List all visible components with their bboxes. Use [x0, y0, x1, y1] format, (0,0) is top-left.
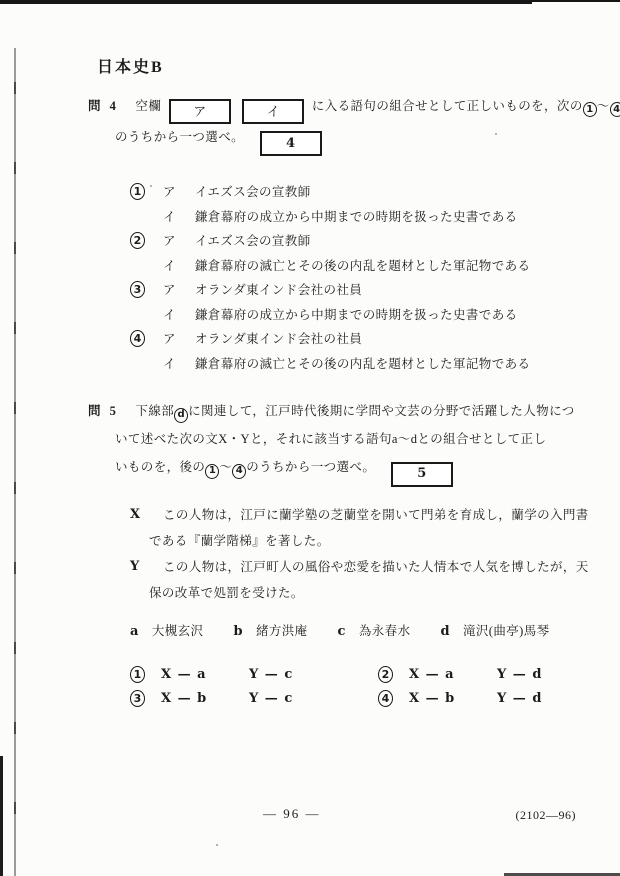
option-b-name: 緒方洪庵	[256, 624, 308, 638]
choice-4: 4 アオランダ東インド会社の社員 イ鎌倉幕府の滅亡とその後の内乱を題材とした軍記…	[130, 327, 592, 376]
choice-3-i-label: イ	[163, 303, 195, 328]
circled-letter-d-icon: d	[174, 408, 188, 423]
scan-artifact-top-gap	[532, 2, 620, 4]
statement-y-letter: Y	[130, 554, 163, 580]
statement-x-letter: X	[130, 502, 163, 528]
combo-3: 3 X — b Y — c	[130, 690, 378, 707]
option-d-name: 滝沢(曲亭)馬琴	[463, 624, 550, 638]
question-5-line-1-pre: 下線部	[135, 404, 174, 418]
choice-4-i-text: 鎌倉幕府の滅亡とその後の内乱を題材とした軍記物である	[195, 357, 530, 371]
scan-noise-dot	[216, 844, 218, 846]
statement-x-line-1: この人物は，江戸に蘭学塾の芝蘭堂を開いて門弟を育成し，蘭学の入門書	[163, 502, 589, 528]
question-4-intro-pre: 空欄	[135, 99, 161, 113]
option-a-name: 大槻玄沢	[152, 624, 204, 638]
statement-y-line-1: この人物は，江戸町人の風俗や恋愛を描いた人情本で人気を博したが，天	[163, 554, 589, 580]
choice-1-a-label: ア	[163, 180, 195, 205]
question-4-label: 問 4	[88, 99, 119, 113]
combo-1-x: X — a	[161, 667, 249, 682]
circled-number-4-icon: 4	[610, 102, 620, 117]
choice-1-i-label: イ	[163, 205, 195, 230]
statement-y-line-2: 保の改革で処罰を受けた。	[149, 580, 589, 606]
choice-1-number: 1	[130, 183, 145, 200]
option-b: b緒方洪庵	[233, 621, 307, 639]
combo-2-number: 2	[378, 666, 393, 683]
combo-3-x: X — b	[161, 691, 249, 706]
combo-4: 4 X — b Y — d	[378, 690, 592, 707]
question-5-word-options: a大槻玄沢 b緒方洪庵 c為永春水 d滝沢(曲亭)馬琴	[130, 621, 592, 639]
statement-x: X この人物は，江戸に蘭学塾の芝蘭堂を開いて門弟を育成し，蘭学の入門書 である『…	[130, 502, 592, 554]
scan-artifact-left-line	[14, 48, 16, 876]
option-b-letter: b	[233, 624, 243, 639]
subject-title: 日本史B	[97, 54, 592, 77]
statement-y: Y この人物は，江戸町人の風俗や恋愛を描いた人情本で人気を博したが，天 保の改革…	[130, 554, 592, 606]
question-5-intro-line-2: いて述べた次の文X・Yと，それに該当する語句a～dとの組合せとして正し	[115, 425, 592, 453]
choice-3: 3 アオランダ東インド会社の社員 イ鎌倉幕府の成立から中期までの時期を扱った史書…	[130, 278, 592, 327]
choice-2-number: 2	[130, 232, 145, 249]
question-4-intro-line-2: のうちから一つ選べ。 4	[115, 124, 592, 156]
circled-number-1-icon: 1	[583, 102, 597, 117]
question-4-choices: 1 アイエズス会の宣教師 イ鎌倉幕府の成立から中期までの時期を扱った史書である …	[130, 180, 592, 376]
option-a: a大槻玄沢	[130, 621, 203, 639]
question-5: 問 5 下線部dに関連して，江戸時代後期に学問や文芸の分野で活躍した人物につ い…	[88, 397, 592, 707]
question-5-line-1-post: に関連して，江戸時代後期に学問や文芸の分野で活躍した人物につ	[188, 404, 575, 418]
option-a-letter: a	[130, 624, 139, 639]
choice-3-i-text: 鎌倉幕府の成立から中期までの時期を扱った史書である	[195, 308, 518, 322]
combo-1: 1 X — a Y — c	[130, 666, 378, 683]
choice-4-a-text: オランダ東インド会社の社員	[195, 332, 362, 346]
option-c: c為永春水	[338, 621, 411, 639]
choice-4-i-label: イ	[163, 352, 195, 377]
answer-number-box-5: 5	[391, 462, 453, 487]
blank-box-i: イ	[242, 99, 304, 124]
tilde: ～	[219, 460, 232, 474]
circled-number-1-icon: 1	[205, 464, 219, 479]
question-5-statements: X この人物は，江戸に蘭学塾の芝蘭堂を開いて門弟を育成し，蘭学の入門書 である『…	[130, 502, 592, 606]
combo-3-number: 3	[130, 690, 145, 707]
choice-1-i-text: 鎌倉幕府の成立から中期までの時期を扱った史書である	[195, 210, 518, 224]
scan-artifact-top-bar	[0, 0, 620, 4]
question-4-intro-line-2-text: のうちから一つ選べ。	[115, 130, 244, 144]
combo-2: 2 X — a Y — d	[378, 666, 592, 683]
combo-2-y: Y — d	[497, 667, 542, 682]
choice-1: 1 アイエズス会の宣教師 イ鎌倉幕府の成立から中期までの時期を扱った史書である	[130, 180, 592, 229]
choice-2-i-label: イ	[163, 254, 195, 279]
choice-4-a-label: ア	[163, 327, 195, 352]
choice-1-a-text: イエズス会の宣教師	[195, 185, 311, 199]
question-5-intro-line-3: いものを，後の1～4のうちから一つ選べ。 5	[115, 453, 592, 487]
combo-4-y: Y — d	[497, 691, 542, 706]
option-d: d滝沢(曲亭)馬琴	[440, 621, 549, 639]
choice-2-i-text: 鎌倉幕府の滅亡とその後の内乱を題材とした軍記物である	[195, 259, 530, 273]
question-4-intro-mid: に入る語句の組合せとして正しいものを，次の	[312, 99, 583, 113]
choice-3-a-label: ア	[163, 278, 195, 303]
question-5-line-3-pre: いものを，後の	[115, 460, 205, 474]
tilde: ～	[597, 99, 610, 113]
blank-box-a: ア	[169, 99, 231, 124]
question-5-label: 問 5	[88, 404, 119, 418]
question-5-line-3-post: のうちから一つ選べ。	[246, 460, 375, 474]
combo-4-number: 4	[378, 690, 393, 707]
combo-4-x: X — b	[409, 691, 497, 706]
scan-artifact-left-edge	[0, 756, 3, 876]
combo-3-y: Y — c	[249, 691, 293, 706]
question-4: 問 4 空欄 ア イ に入る語句の組合せとして正しいものを，次の1～4 のうちか…	[88, 93, 592, 376]
option-c-name: 為永春水	[359, 624, 411, 638]
choice-4-number: 4	[130, 330, 145, 347]
page-number: — 96 —	[263, 806, 321, 822]
question-5-intro-line-1: 問 5 下線部dに関連して，江戸時代後期に学問や文芸の分野で活躍した人物につ	[88, 397, 592, 425]
exam-page: 日本史B 問 4 空欄 ア イ に入る語句の組合せとして正しいものを，次の1～4…	[0, 0, 620, 876]
combo-2-x: X — a	[409, 667, 497, 682]
choice-2: 2 アイエズス会の宣教師 イ鎌倉幕府の滅亡とその後の内乱を題材とした軍記物である	[130, 229, 592, 278]
circled-number-4-icon: 4	[232, 464, 246, 479]
option-c-letter: c	[338, 624, 346, 639]
question-5-combos: 1 X — a Y — c 2 X — a Y — d 3 X — b Y — …	[130, 666, 592, 707]
page-content: 日本史B 問 4 空欄 ア イ に入る語句の組合せとして正しいものを，次の1～4…	[88, 54, 592, 707]
choice-2-a-text: イエズス会の宣教師	[195, 234, 311, 248]
form-code: (2102—96)	[516, 808, 577, 823]
question-4-intro-line-1: 問 4 空欄 ア イ に入る語句の組合せとして正しいものを，次の1～4	[88, 93, 592, 124]
choice-3-a-text: オランダ東インド会社の社員	[195, 283, 362, 297]
option-d-letter: d	[440, 624, 450, 639]
statement-x-line-2: である『蘭学階梯』を著した。	[149, 528, 589, 554]
combo-1-y: Y — c	[249, 667, 293, 682]
combo-1-number: 1	[130, 666, 145, 683]
choice-3-number: 3	[130, 281, 145, 298]
choice-2-a-label: ア	[163, 229, 195, 254]
answer-number-box-4: 4	[260, 131, 322, 156]
